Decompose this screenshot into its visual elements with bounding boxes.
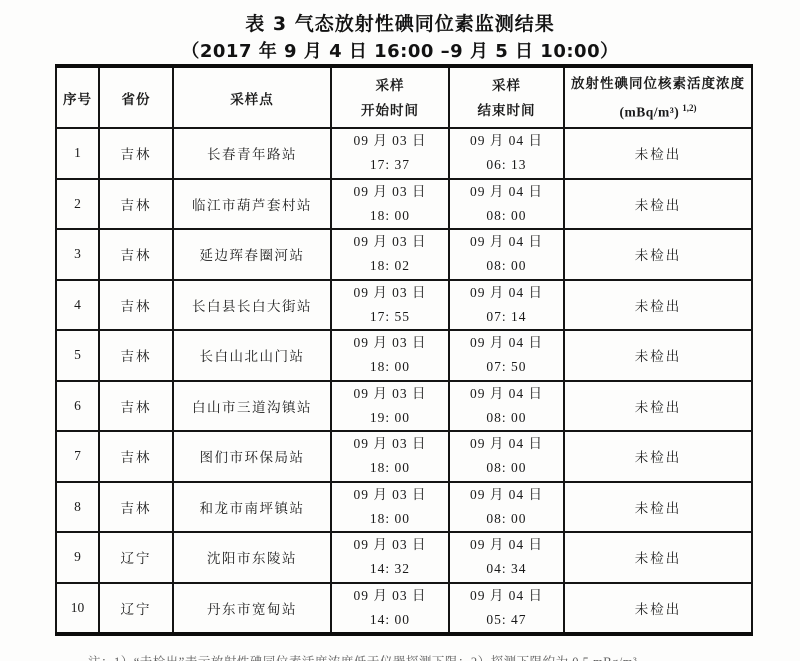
table-row: 3 吉林 延边珲春圈河站 09 月 03 日18: 02 09 月 04 日08… — [56, 229, 752, 280]
end-date: 09 月 04 日 — [450, 281, 563, 305]
table-row: 10 辽宁 丹东市宽甸站 09 月 03 日14: 00 09 月 04 日05… — [56, 583, 752, 634]
header-index: 序号 — [56, 66, 99, 128]
row-index-cell: 9 — [56, 532, 99, 583]
unit-text: (mBq/m³) — [619, 104, 679, 119]
result-cell: 未检出 — [564, 128, 752, 179]
start-time: 19: 00 — [332, 406, 448, 430]
start-time-cell: 09 月 03 日14: 32 — [331, 532, 449, 583]
header-end-line2: 结束时间 — [450, 98, 563, 123]
site-cell: 图们市环保局站 — [173, 431, 331, 482]
start-date: 09 月 03 日 — [332, 180, 448, 204]
row-index-cell: 3 — [56, 229, 99, 280]
start-time-cell: 09 月 03 日17: 55 — [331, 280, 449, 331]
start-time-cell: 09 月 03 日17: 37 — [331, 128, 449, 179]
end-time-cell: 09 月 04 日08: 00 — [449, 229, 564, 280]
result-cell: 未检出 — [564, 330, 752, 381]
header-end-time: 采样 结束时间 — [449, 66, 564, 128]
end-time-cell: 09 月 04 日06: 13 — [449, 128, 564, 179]
row-index-cell: 4 — [56, 280, 99, 331]
end-date: 09 月 04 日 — [450, 331, 563, 355]
result-cell: 未检出 — [564, 431, 752, 482]
end-time-cell: 09 月 04 日04: 34 — [449, 532, 564, 583]
start-time-cell: 09 月 03 日18: 00 — [331, 330, 449, 381]
end-time-cell: 09 月 04 日05: 47 — [449, 583, 564, 634]
result-cell: 未检出 — [564, 482, 752, 533]
site-cell: 长白山北山门站 — [173, 330, 331, 381]
province-cell: 吉林 — [99, 330, 173, 381]
end-date: 09 月 04 日 — [450, 432, 563, 456]
table-row: 8 吉林 和龙市南坪镇站 09 月 03 日18: 00 09 月 04 日08… — [56, 482, 752, 533]
result-cell: 未检出 — [564, 179, 752, 230]
start-time: 17: 37 — [332, 153, 448, 177]
end-date: 09 月 04 日 — [450, 230, 563, 254]
table-row: 2 吉林 临江市葫芦套村站 09 月 03 日18: 00 09 月 04 日0… — [56, 179, 752, 230]
start-time-cell: 09 月 03 日18: 02 — [331, 229, 449, 280]
table-header: 序号 省份 采样点 采样 开始时间 采样 结束时间 放射性碘同位核素活度浓度 (… — [56, 66, 752, 128]
site-cell: 丹东市宽甸站 — [173, 583, 331, 634]
site-cell: 白山市三道沟镇站 — [173, 381, 331, 432]
start-time-cell: 09 月 03 日19: 00 — [331, 381, 449, 432]
header-start-line1: 采样 — [332, 73, 448, 98]
start-date: 09 月 03 日 — [332, 281, 448, 305]
start-time-cell: 09 月 03 日14: 00 — [331, 583, 449, 634]
document-page: 表 3 气态放射性碘同位素监测结果 （2017 年 9 月 4 日 16:00 … — [0, 0, 800, 661]
site-cell: 沈阳市东陵站 — [173, 532, 331, 583]
site-cell: 长春青年路站 — [173, 128, 331, 179]
start-time: 18: 00 — [332, 456, 448, 480]
start-date: 09 月 03 日 — [332, 230, 448, 254]
row-index-cell: 2 — [56, 179, 99, 230]
end-date: 09 月 04 日 — [450, 129, 563, 153]
start-date: 09 月 03 日 — [332, 129, 448, 153]
province-cell: 吉林 — [99, 381, 173, 432]
province-cell: 吉林 — [99, 179, 173, 230]
row-index-cell: 10 — [56, 583, 99, 634]
row-index-cell: 5 — [56, 330, 99, 381]
result-cell: 未检出 — [564, 532, 752, 583]
result-cell: 未检出 — [564, 381, 752, 432]
table-row: 9 辽宁 沈阳市东陵站 09 月 03 日14: 32 09 月 04 日04:… — [56, 532, 752, 583]
result-cell: 未检出 — [564, 229, 752, 280]
end-time: 08: 00 — [450, 254, 563, 278]
start-time: 18: 02 — [332, 254, 448, 278]
start-date: 09 月 03 日 — [332, 483, 448, 507]
table-row: 6 吉林 白山市三道沟镇站 09 月 03 日19: 00 09 月 04 日0… — [56, 381, 752, 432]
header-end-line1: 采样 — [450, 73, 563, 98]
table-row: 4 吉林 长白县长白大街站 09 月 03 日17: 55 09 月 04 日0… — [56, 280, 752, 331]
footnote-superscript: 1,2) — [682, 103, 696, 113]
table-row: 7 吉林 图们市环保局站 09 月 03 日18: 00 09 月 04 日08… — [56, 431, 752, 482]
end-time: 05: 47 — [450, 608, 563, 632]
result-cell: 未检出 — [564, 280, 752, 331]
end-time: 07: 50 — [450, 355, 563, 379]
end-time-cell: 09 月 04 日08: 00 — [449, 179, 564, 230]
site-cell: 临江市葫芦套村站 — [173, 179, 331, 230]
end-date: 09 月 04 日 — [450, 382, 563, 406]
table-subtitle: （2017 年 9 月 4 日 16:00 –9 月 5 日 10:00） — [0, 37, 800, 63]
start-time-cell: 09 月 03 日18: 00 — [331, 482, 449, 533]
header-site: 采样点 — [173, 66, 331, 128]
start-time: 18: 00 — [332, 507, 448, 531]
province-cell: 辽宁 — [99, 583, 173, 634]
header-start-time: 采样 开始时间 — [331, 66, 449, 128]
footnote-clipped: 注：1）“未检出”表示放射性碘同位素活度浓度低于仪器探测下限；2）探测下限约为 … — [88, 655, 648, 661]
start-time: 14: 32 — [332, 557, 448, 581]
start-time: 18: 00 — [332, 204, 448, 228]
start-time: 17: 55 — [332, 305, 448, 329]
province-cell: 吉林 — [99, 128, 173, 179]
province-cell: 吉林 — [99, 431, 173, 482]
header-province: 省份 — [99, 66, 173, 128]
row-index-cell: 8 — [56, 482, 99, 533]
start-time-cell: 09 月 03 日18: 00 — [331, 431, 449, 482]
site-cell: 延边珲春圈河站 — [173, 229, 331, 280]
start-date: 09 月 03 日 — [332, 331, 448, 355]
province-cell: 吉林 — [99, 482, 173, 533]
row-index-cell: 7 — [56, 431, 99, 482]
start-time: 18: 00 — [332, 355, 448, 379]
footnote-clipped-text: 注：1）“未检出”表示放射性碘同位素活度浓度低于仪器探测下限；2）探测下限约为 … — [88, 655, 648, 661]
end-time: 08: 00 — [450, 204, 563, 228]
start-time-cell: 09 月 03 日18: 00 — [331, 179, 449, 230]
start-date: 09 月 03 日 — [332, 382, 448, 406]
table-row: 1 吉林 长春青年路站 09 月 03 日17: 37 09 月 04 日06:… — [56, 128, 752, 179]
row-index-cell: 1 — [56, 128, 99, 179]
table-row: 5 吉林 长白山北山门站 09 月 03 日18: 00 09 月 04 日07… — [56, 330, 752, 381]
province-cell: 吉林 — [99, 229, 173, 280]
header-start-line2: 开始时间 — [332, 98, 448, 123]
header-activity: 放射性碘同位核素活度浓度 (mBq/m³)1,2) — [564, 66, 752, 128]
start-date: 09 月 03 日 — [332, 533, 448, 557]
end-date: 09 月 04 日 — [450, 483, 563, 507]
end-time-cell: 09 月 04 日08: 00 — [449, 431, 564, 482]
end-date: 09 月 04 日 — [450, 584, 563, 608]
end-date: 09 月 04 日 — [450, 180, 563, 204]
start-date: 09 月 03 日 — [332, 584, 448, 608]
table-body: 1 吉林 长春青年路站 09 月 03 日17: 37 09 月 04 日06:… — [56, 128, 752, 634]
end-time-cell: 09 月 04 日07: 50 — [449, 330, 564, 381]
end-time: 04: 34 — [450, 557, 563, 581]
site-cell: 长白县长白大街站 — [173, 280, 331, 331]
site-cell: 和龙市南坪镇站 — [173, 482, 331, 533]
table-title: 表 3 气态放射性碘同位素监测结果 — [0, 9, 800, 36]
province-cell: 吉林 — [99, 280, 173, 331]
end-time-cell: 09 月 04 日08: 00 — [449, 482, 564, 533]
start-time: 14: 00 — [332, 608, 448, 632]
start-date: 09 月 03 日 — [332, 432, 448, 456]
end-time: 08: 00 — [450, 507, 563, 531]
end-time: 08: 00 — [450, 456, 563, 480]
end-date: 09 月 04 日 — [450, 533, 563, 557]
end-time: 07: 14 — [450, 305, 563, 329]
header-activity-unit: (mBq/m³)1,2) — [565, 96, 751, 125]
province-cell: 辽宁 — [99, 532, 173, 583]
end-time: 08: 00 — [450, 406, 563, 430]
header-row: 序号 省份 采样点 采样 开始时间 采样 结束时间 放射性碘同位核素活度浓度 (… — [56, 66, 752, 128]
row-index-cell: 6 — [56, 381, 99, 432]
end-time-cell: 09 月 04 日08: 00 — [449, 381, 564, 432]
result-cell: 未检出 — [564, 583, 752, 634]
end-time-cell: 09 月 04 日07: 14 — [449, 280, 564, 331]
header-activity-line1: 放射性碘同位核素活度浓度 — [565, 71, 751, 96]
end-time: 06: 13 — [450, 153, 563, 177]
monitoring-table: 序号 省份 采样点 采样 开始时间 采样 结束时间 放射性碘同位核素活度浓度 (… — [55, 64, 753, 636]
